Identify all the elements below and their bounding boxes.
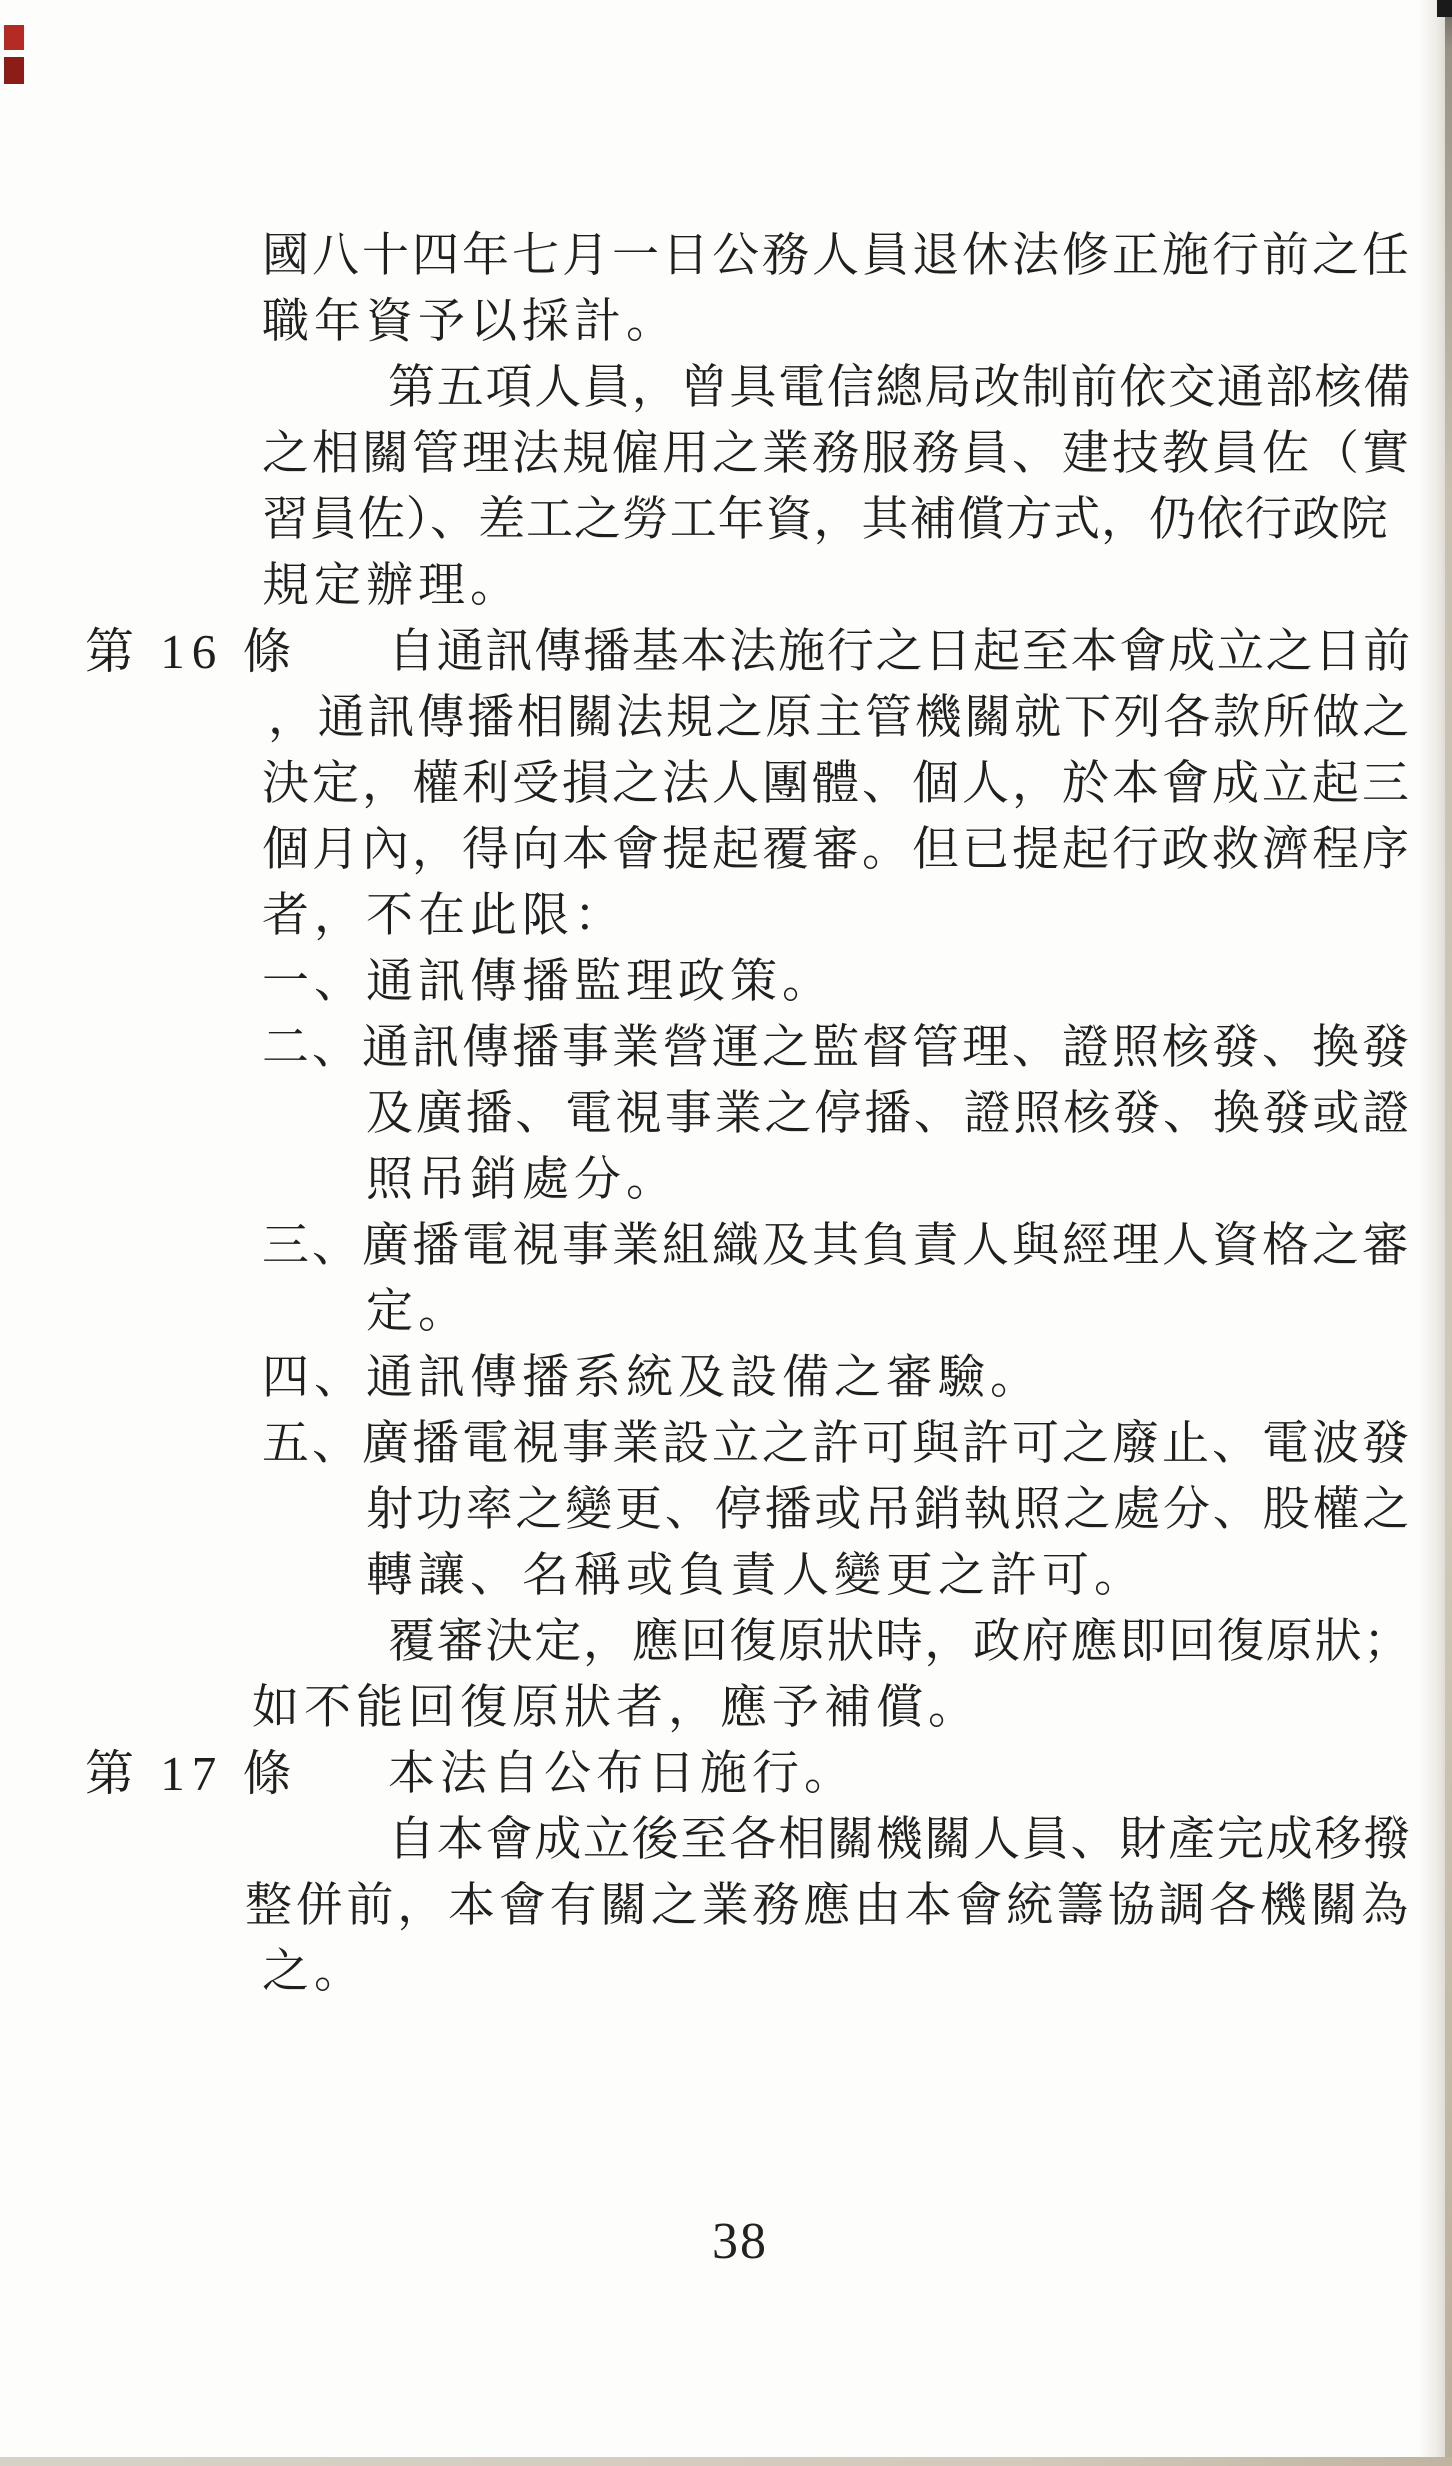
scanned-page: 國八十四年七月一日公務人員退休法修正施行前之任職年資予以採計。第五項人員，曾具電… <box>0 0 1452 2466</box>
text-line: 及廣播、電視事業之停播、證照核發、換發或證 <box>366 1086 1412 1142</box>
text-line: 覆審決定，應回復原狀時，政府應即回復原狀； <box>388 1614 1412 1670</box>
text-line: 習員佐）、差工之勞工年資，其補償方式，仍依行政院 <box>262 492 1389 548</box>
text-line: 自通訊傳播基本法施行之日起至本會成立之日前 <box>388 624 1412 680</box>
text-line: 國八十四年七月一日公務人員退休法修正施行前之任 <box>262 228 1412 284</box>
article-number-label: 第 16 條 <box>85 624 299 680</box>
text-line: ，通訊傳播相關法規之原主管機關就下列各款所做之 <box>268 690 1412 746</box>
text-line: 個月內，得向本會提起覆審。但已提起行政救濟程序 <box>262 822 1412 878</box>
document-text: 國八十四年七月一日公務人員退休法修正施行前之任職年資予以採計。第五項人員，曾具電… <box>0 0 1452 2466</box>
article-number-label: 第 17 條 <box>85 1746 299 1802</box>
text-line: 一、通訊傳播監理政策。 <box>262 954 834 1010</box>
page-number: 38 <box>712 2212 768 2271</box>
text-line: 之。 <box>262 1944 366 2000</box>
text-line: 五、廣播電視事業設立之許可與許可之廢止、電波發 <box>262 1416 1412 1472</box>
text-line: 定。 <box>366 1284 470 1340</box>
text-line: 整併前，本會有關之業務應由本會統籌協調各機關為 <box>245 1878 1412 1934</box>
text-line: 者，不在此限： <box>262 888 626 944</box>
text-line: 之相關管理法規僱用之業務服務員、建技教員佐（實 <box>262 426 1412 482</box>
text-line: 四、通訊傳播系統及設備之審驗。 <box>262 1350 1042 1406</box>
text-line: 三、廣播電視事業組織及其負責人與經理人資格之審 <box>262 1218 1412 1274</box>
text-line: 二、通訊傳播事業營運之監督管理、證照核發、換發 <box>262 1020 1412 1076</box>
text-line: 規定辦理。 <box>262 558 522 614</box>
text-line: 轉讓、名稱或負責人變更之許可。 <box>366 1548 1146 1604</box>
text-line: 決定，權利受損之法人團體、個人，於本會成立起三 <box>262 756 1412 812</box>
text-line: 自本會成立後至各相關機關人員、財產完成移撥 <box>388 1812 1412 1868</box>
text-line: 照吊銷處分。 <box>366 1152 678 1208</box>
text-line: 職年資予以採計。 <box>262 294 678 350</box>
text-line: 如不能回復原狀者，應予補償。 <box>252 1680 980 1736</box>
text-line: 第五項人員，曾具電信總局改制前依交通部核備 <box>388 360 1412 416</box>
text-line: 本法自公布日施行。 <box>388 1746 856 1802</box>
text-line: 射功率之變更、停播或吊銷執照之處分、股權之 <box>366 1482 1412 1538</box>
